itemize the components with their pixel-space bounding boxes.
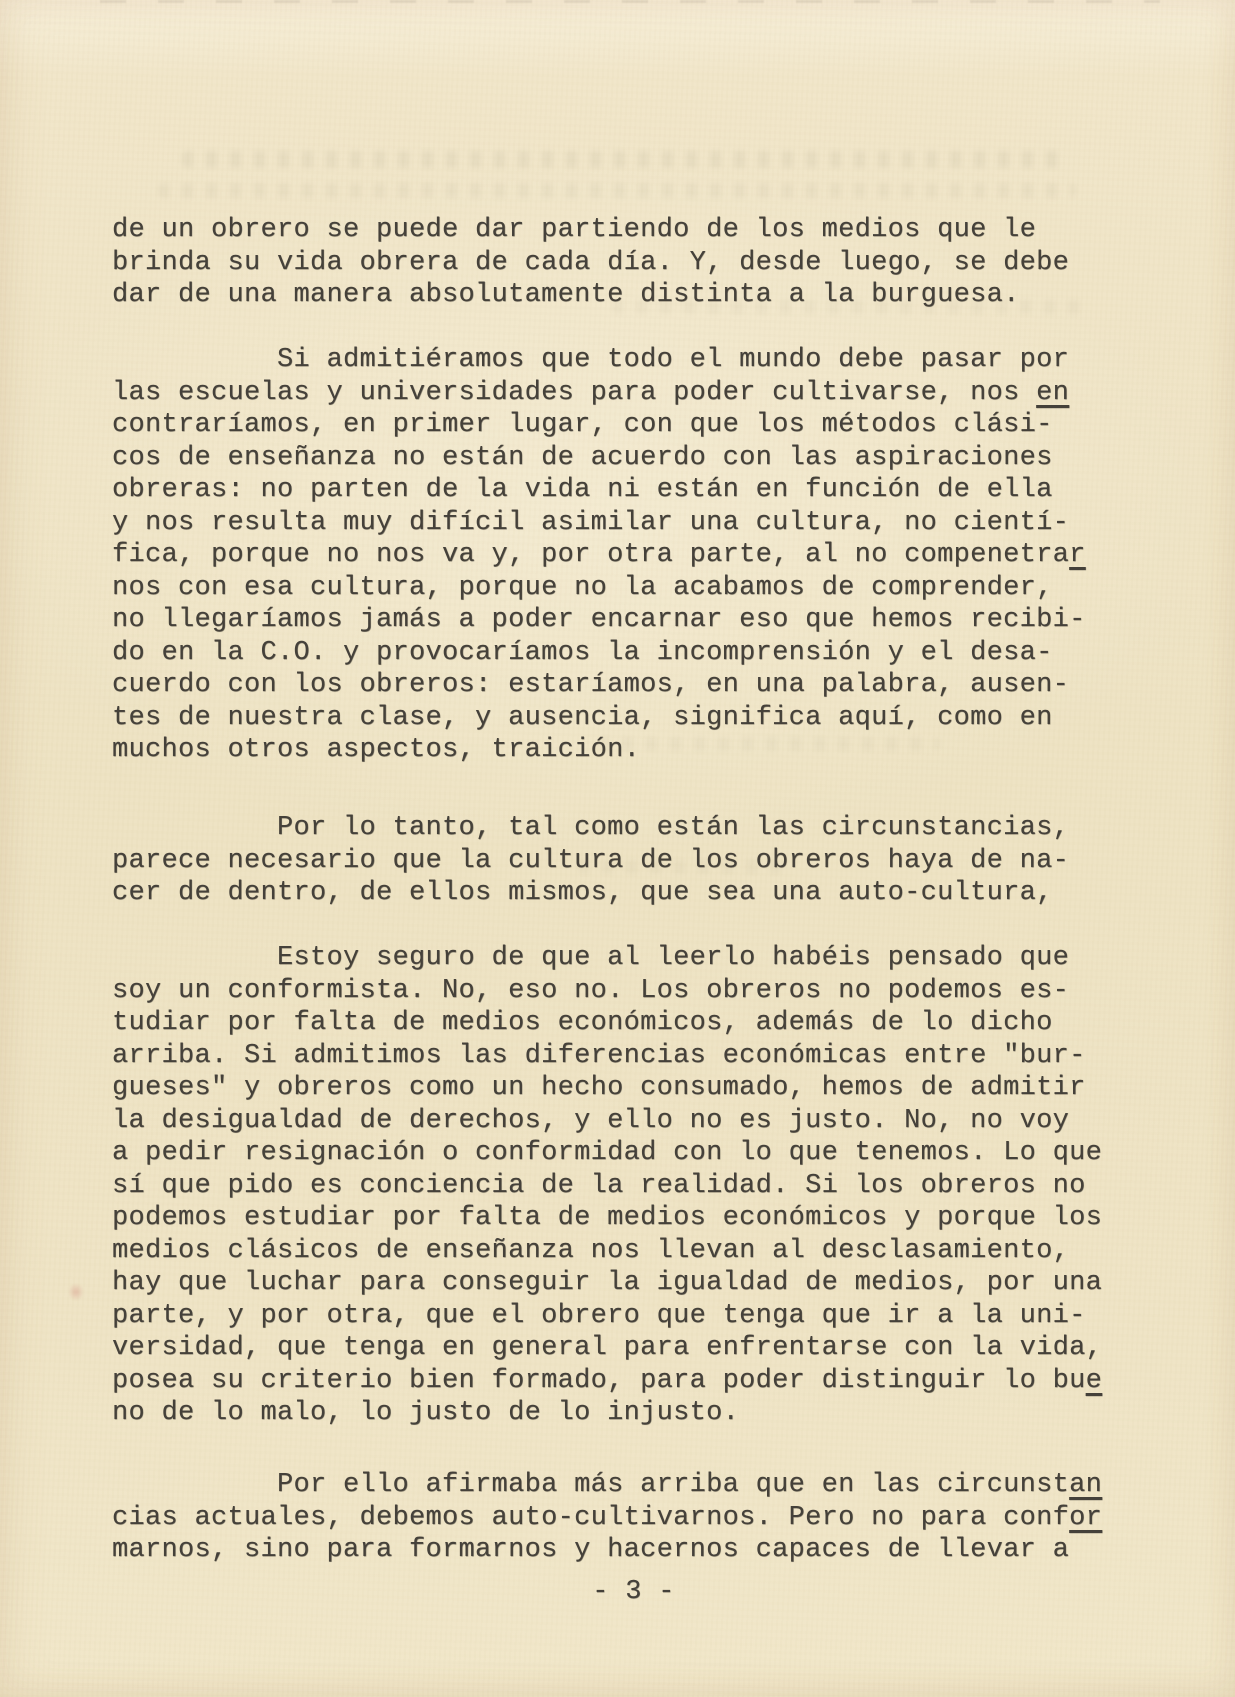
text-line: arriba. Si admitimos las diferencias eco… (112, 1040, 1172, 1073)
text-line: parece necesario que la cultura de los o… (112, 845, 1172, 878)
text-line: hay que luchar para conseguir la igualda… (112, 1267, 1172, 1300)
text-line: cias actuales, debemos auto-cultivarnos.… (112, 1502, 1172, 1535)
word-continuation-underline: r (1069, 540, 1086, 570)
word-continuation-underline: e (1086, 1366, 1103, 1396)
paragraph: Si admitiéramos que todo el mundo debe p… (112, 344, 1172, 767)
text-line: do en la C.O. y provocaríamos la incompr… (112, 637, 1172, 670)
text-line: nos con esa cultura, porque no la acabam… (112, 572, 1172, 605)
word-continuation-underline: an (1069, 1470, 1102, 1500)
paragraph: Por ello afirmaba más arriba que en las … (112, 1469, 1172, 1567)
text-line: marnos, sino para formarnos y hacernos c… (112, 1534, 1172, 1567)
typewritten-text-body: de un obrero se puede dar partiendo de l… (112, 0, 1172, 1697)
text-line: podemos estudiar por falta de medios eco… (112, 1202, 1172, 1235)
text-line: Por lo tanto, tal como están las circuns… (112, 812, 1172, 845)
text-line: la desigualdad de derechos, y ello no es… (112, 1105, 1172, 1138)
text-line: muchos otros aspectos, traición. (112, 734, 1172, 767)
text-line: brinda su vida obrera de cada día. Y, de… (112, 247, 1172, 280)
text-line: Estoy seguro de que al leerlo habéis pen… (112, 942, 1172, 975)
text-line: cuerdo con los obreros: estaríamos, en u… (112, 669, 1172, 702)
page-number: - 3 - (16, 1577, 1235, 1607)
text-line: fica, porque no nos va y, por otra parte… (112, 539, 1172, 572)
red-ink-smudge (68, 1283, 84, 1301)
text-line: Por ello afirmaba más arriba que en las … (112, 1469, 1172, 1502)
text-line: soy un conformista. No, eso no. Los obre… (112, 975, 1172, 1008)
text-line: a pedir resignación o conformidad con lo… (112, 1137, 1172, 1170)
text-line: posea su criterio bien formado, para pod… (112, 1365, 1172, 1398)
paragraph: de un obrero se puede dar partiendo de l… (112, 214, 1172, 312)
text-line: sí que pido es conciencia de la realidad… (112, 1170, 1172, 1203)
text-line: obreras: no parten de la vida ni están e… (112, 474, 1172, 507)
paragraph: Estoy seguro de que al leerlo habéis pen… (112, 942, 1172, 1430)
text-line: gueses" y obreros como un hecho consumad… (112, 1072, 1172, 1105)
word-continuation-underline: en (1036, 378, 1069, 408)
text-line: Si admitiéramos que todo el mundo debe p… (112, 344, 1172, 377)
text-line: las escuelas y universidades para poder … (112, 377, 1172, 410)
text-line: de un obrero se puede dar partiendo de l… (112, 214, 1172, 247)
text-line: medios clásicos de enseñanza nos llevan … (112, 1235, 1172, 1268)
paragraph: Por lo tanto, tal como están las circuns… (112, 812, 1172, 910)
text-line: no llegaríamos jamás a poder encarnar es… (112, 604, 1172, 637)
scanned-document-page: de un obrero se puede dar partiendo de l… (0, 0, 1235, 1697)
text-line: dar de una manera absolutamente distinta… (112, 279, 1172, 312)
text-line: no de lo malo, lo justo de lo injusto. (112, 1397, 1172, 1430)
text-line: y nos resulta muy difícil asimilar una c… (112, 507, 1172, 540)
text-line: tes de nuestra clase, y ausencia, signif… (112, 702, 1172, 735)
text-line: cer de dentro, de ellos mismos, que sea … (112, 877, 1172, 910)
text-line: contraríamos, en primer lugar, con que l… (112, 409, 1172, 442)
text-line: parte, y por otra, que el obrero que ten… (112, 1300, 1172, 1333)
text-line: versidad, que tenga en general para enfr… (112, 1332, 1172, 1365)
text-line: tudiar por falta de medios económicos, a… (112, 1007, 1172, 1040)
text-line: cos de enseñanza no están de acuerdo con… (112, 442, 1172, 475)
word-continuation-underline: or (1069, 1503, 1102, 1533)
